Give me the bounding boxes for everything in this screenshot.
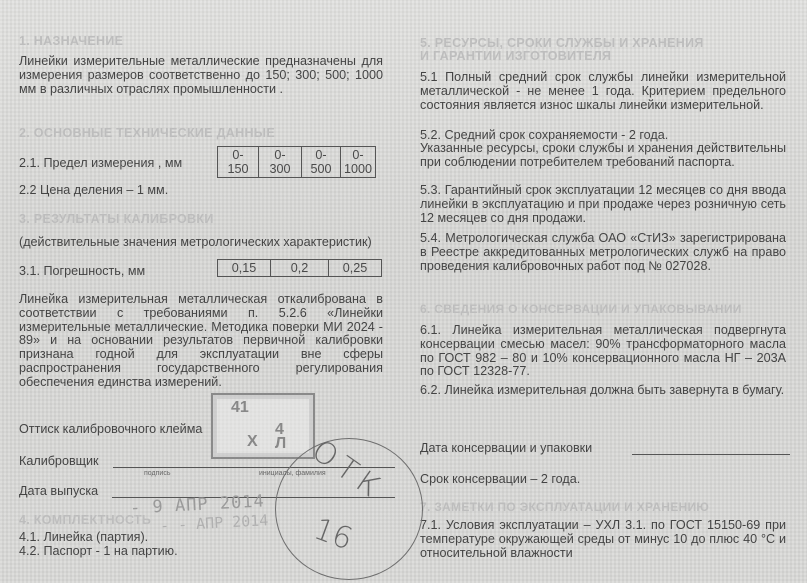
section-3-text: Линейка измерительная металлическая отка… <box>19 293 383 390</box>
section-5-p4: 5.3. Гарантийный срок эксплуатации 12 ме… <box>420 184 786 225</box>
section-1-heading: 1. НАЗНАЧЕНИЕ <box>19 34 123 48</box>
completeness-item: 4.2. Паспорт - 1 на партию. <box>19 544 178 558</box>
stamp-char: Х <box>247 433 258 451</box>
otk-stamp: ОТК 16 <box>275 438 423 580</box>
range-cell: 0-1000 <box>341 147 376 178</box>
section-6-heading: 6. СВЕДЕНИЯ О КОНСЕРВАЦИИ И УПАКОВЫВАНИИ <box>420 302 742 316</box>
range-cell: 0-150 <box>218 147 259 178</box>
range-cell: 0-500 <box>302 147 341 178</box>
division-text: 2.2 Цена деления – 1 мм. <box>19 183 168 197</box>
otk-stamp-text: ОТК <box>305 433 391 508</box>
section-5-p5: 5.4. Метрологическая служба ОАО «СтИЗ» з… <box>420 232 786 273</box>
error-cell: 0,15 <box>218 260 271 277</box>
section-5-p2: 5.2. Средний срок сохраняемости - 2 года… <box>420 128 668 142</box>
error-label: 3.1. Погрешность, мм <box>19 264 145 278</box>
error-cell: 0,2 <box>271 260 329 277</box>
section-3-intro: (действительные значения метрологических… <box>19 236 383 250</box>
conservation-date-label: Дата консервации и упаковки <box>420 441 592 455</box>
error-table: 0,15 0,2 0,25 <box>217 259 382 277</box>
section-5-heading: 5. РЕСУРСЫ, СРОКИ СЛУЖБЫ И ХРАНЕНИЯ <box>420 36 786 50</box>
section-6-p1: 6.1. Линейка измерительная металлическая… <box>420 324 786 379</box>
conservation-term: Срок консервации – 2 года. <box>420 472 580 486</box>
section-5-p3: Указанные ресурсы, сроки службы и хранен… <box>420 142 786 170</box>
calibration-stamp: 41 4 Х Л <box>211 393 315 459</box>
conservation-date-line <box>632 454 790 455</box>
section-5-p1: 5.1 Полный средний срок службы линейки и… <box>420 71 786 112</box>
completeness-item: 4.1. Линейка (партия). <box>19 530 148 544</box>
range-table: 0-150 0-300 0-500 0-1000 <box>217 146 376 178</box>
caption-signature: подпись <box>144 470 170 477</box>
section-7-p1: 7.1. Условия эксплуатации – УХЛ 3.1. по … <box>420 519 786 560</box>
range-cell: 0-300 <box>259 147 302 178</box>
section-6-p2: 6.2. Линейка измерительная должна быть з… <box>420 384 786 398</box>
stamp-char: Л <box>275 435 286 453</box>
section-5-heading-cont: И ГАРАНТИИ ИЗГОТОВИТЕЛЯ <box>420 49 611 63</box>
section-2-heading: 2. ОСНОВНЫЕ ТЕХНИЧЕСКИЕ ДАННЫЕ <box>19 126 275 140</box>
release-date-label: Дата выпуска <box>19 484 98 498</box>
section-1-text: Линейки измерительные металлические пред… <box>19 55 383 96</box>
error-cell: 0,25 <box>329 260 382 277</box>
section-7-heading: 7. ЗАМЕТКИ ПО ЭКСПЛУАТАЦИИ И ХРАНЕНИЮ <box>420 500 709 514</box>
section-3-heading: 3. РЕЗУЛЬТАТЫ КАЛИБРОВКИ <box>19 212 214 226</box>
calibrator-label: Калибровщик <box>19 454 99 468</box>
imprint-label: Оттиск калибровочного клейма <box>19 422 202 436</box>
otk-stamp-number: 16 <box>309 512 357 558</box>
range-label: 2.1. Предел измерения , мм <box>19 156 182 170</box>
stamp-char: 41 <box>231 399 249 417</box>
